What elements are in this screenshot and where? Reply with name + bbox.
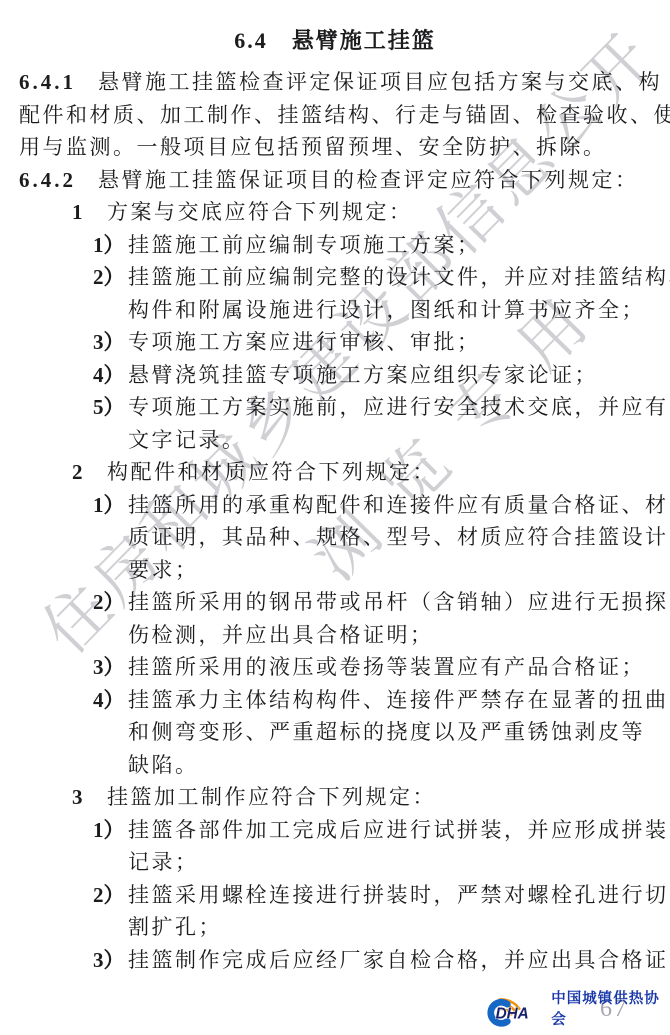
paragraph-2: 2）挂篮所采用的钢吊带或吊杆（含销轴）应进行无损探 [19, 586, 659, 619]
text-run: 挂篮制作完成后应经厂家自检合格，并应出具合格证； [128, 948, 670, 972]
paragraph-3: 3）挂篮所采用的液压或卷扬等装置应有产品合格证； [19, 651, 659, 684]
item-number: 3） [93, 944, 128, 977]
text-run: 挂篮所采用的液压或卷扬等装置应有产品合格证； [128, 655, 645, 679]
text-run: 挂篮所采用的钢吊带或吊杆（含销轴）应进行无损探 [128, 590, 669, 614]
section-title: 6.4 悬臂施工挂篮 [0, 24, 670, 55]
paragraph-4: 4）悬臂浇筑挂篮专项施工方案应组织专家论证； [19, 359, 659, 392]
body-text: 6.4.1悬臂施工挂篮检查评定保证项目应包括方案与交底、构配件和材质、加工制作、… [19, 66, 659, 976]
item-number: 6.4.1 [19, 70, 76, 94]
text-run: 缺陷。 [128, 753, 199, 777]
logo-org-name: 中国城镇供热协会 [551, 987, 670, 1029]
text-run: 挂篮各部件加工完成后应进行试拼装，并应形成拼装 [128, 818, 669, 842]
paragraph-5: 5）专项施工方案实施前，应进行安全技术交底，并应有 [19, 391, 659, 424]
text-run: 挂篮承力主体结构构件、连接件严禁存在显著的扭曲 [128, 688, 669, 712]
paragraph-3: 3）专项施工方案应进行审核、审批； [19, 326, 659, 359]
continuation-line: 构件和附属设施进行设计，图纸和计算书应齐全； [19, 294, 659, 327]
text-run: 用与监测。一般项目应包括预留预埋、安全防护、拆除。 [19, 135, 607, 159]
item-number: 4） [93, 684, 128, 717]
text-run: 和侧弯变形、严重超标的挠度以及严重锈蚀剥皮等 [128, 720, 645, 744]
item-number: 2） [93, 261, 128, 294]
item-number: 2 [72, 456, 107, 489]
continuation-line: 用与监测。一般项目应包括预留预埋、安全防护、拆除。 [19, 131, 659, 164]
paragraph-1: 1）挂篮各部件加工完成后应进行试拼装，并应形成拼装 [19, 814, 659, 847]
text-run: 割扩孔； [128, 915, 222, 939]
item-number: 1） [93, 489, 128, 522]
text-run: 构配件和材质应符合下列规定： [107, 460, 436, 484]
paragraph-2: 2构配件和材质应符合下列规定： [19, 456, 659, 489]
continuation-line: 割扩孔； [19, 911, 659, 944]
paragraph-3: 3挂篮加工制作应符合下列规定： [19, 781, 659, 814]
paragraph-6.4.1: 6.4.1悬臂施工挂篮检查评定保证项目应包括方案与交底、构 [19, 66, 659, 99]
text-run: 悬臂施工挂篮检查评定保证项目应包括方案与交底、构 [98, 70, 662, 94]
continuation-line: 和侧弯变形、严重超标的挠度以及严重锈蚀剥皮等 [19, 716, 659, 749]
text-run: 方案与交底应符合下列规定： [107, 200, 413, 224]
paragraph-1: 1）挂篮所用的承重构配件和连接件应有质量合格证、材 [19, 489, 659, 522]
text-run: 配件和材质、加工制作、挂篮结构、行走与锚固、检查验收、使 [19, 103, 670, 127]
text-run: 质证明，其品种、规格、型号、材质应符合挂篮设计 [128, 525, 669, 549]
text-run: 悬臂浇筑挂篮专项施工方案应组织专家论证； [128, 363, 598, 387]
paragraph-3: 3）挂篮制作完成后应经厂家自检合格，并应出具合格证； [19, 944, 659, 977]
text-run: 悬臂施工挂篮保证项目的检查评定应符合下列规定： [98, 168, 639, 192]
paragraph-2: 2）挂篮施工前应编制完整的设计文件，并应对挂篮结构、 [19, 261, 659, 294]
text-run: 文字记录。 [128, 428, 246, 452]
item-number: 3） [93, 326, 128, 359]
item-number: 1 [72, 196, 107, 229]
publisher-logo: 67 DHA 中国城镇供热协会 [486, 986, 670, 1030]
paragraph-4: 4）挂篮承力主体结构构件、连接件严禁存在显著的扭曲 [19, 684, 659, 717]
item-number: 3） [93, 651, 128, 684]
continuation-line: 配件和材质、加工制作、挂篮结构、行走与锚固、检查验收、使 [19, 99, 659, 132]
item-number: 6.4.2 [19, 168, 76, 192]
text-run: 挂篮所用的承重构配件和连接件应有质量合格证、材 [128, 493, 669, 517]
continuation-line: 文字记录。 [19, 424, 659, 457]
item-number: 2） [93, 586, 128, 619]
logo-abbr: DHA [496, 1006, 529, 1023]
text-run: 挂篮加工制作应符合下列规定： [107, 785, 436, 809]
item-number: 1） [93, 229, 128, 262]
text-run: 挂篮施工前应编制完整的设计文件，并应对挂篮结构、 [128, 265, 670, 289]
continuation-line: 质证明，其品种、规格、型号、材质应符合挂篮设计 [19, 521, 659, 554]
paragraph-6.4.2: 6.4.2悬臂施工挂篮保证项目的检查评定应符合下列规定： [19, 164, 659, 197]
paragraph-1: 1方案与交底应符合下列规定： [19, 196, 659, 229]
paragraph-1: 1）挂篮施工前应编制专项施工方案； [19, 229, 659, 262]
text-run: 专项施工方案应进行审核、审批； [128, 330, 481, 354]
item-number: 3 [72, 781, 107, 814]
item-number: 5） [93, 391, 128, 424]
continuation-line: 记录； [19, 846, 659, 879]
paragraph-2: 2）挂篮采用螺栓连接进行拼装时，严禁对螺栓孔进行切 [19, 879, 659, 912]
text-run: 记录； [128, 850, 199, 874]
item-number: 2） [93, 879, 128, 912]
item-number: 1） [93, 814, 128, 847]
text-run: 挂篮采用螺栓连接进行拼装时，严禁对螺栓孔进行切 [128, 883, 669, 907]
dha-emblem-icon: DHA [486, 986, 547, 1030]
text-run: 挂篮施工前应编制专项施工方案； [128, 233, 481, 257]
continuation-line: 缺陷。 [19, 749, 659, 782]
item-number: 4） [93, 359, 128, 392]
document-page: 住房和城乡建设部信息公开 浏览专用 6.4 悬臂施工挂篮 6.4.1悬臂施工挂篮… [0, 0, 670, 1035]
text-run: 构件和附属设施进行设计，图纸和计算书应齐全； [128, 298, 645, 322]
text-run: 伤检测，并应出具合格证明； [128, 623, 434, 647]
continuation-line: 要求； [19, 554, 659, 587]
text-run: 专项施工方案实施前，应进行安全技术交底，并应有 [128, 395, 669, 419]
text-run: 要求； [128, 558, 199, 582]
continuation-line: 伤检测，并应出具合格证明； [19, 619, 659, 652]
